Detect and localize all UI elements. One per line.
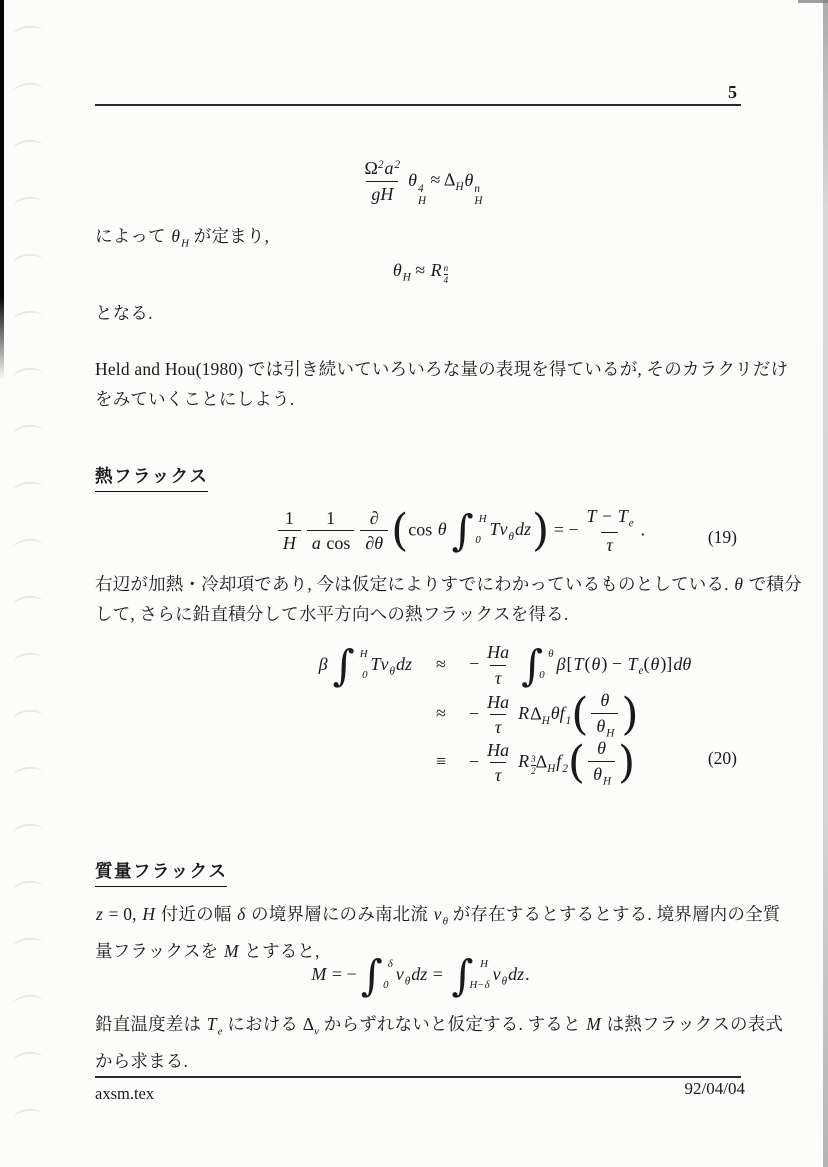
paragraph-held-and-hou: Held and Hou(1980) では引き続いていろいろな量の表現を得ている… xyxy=(95,355,788,414)
paragraph-tonaru: となる. xyxy=(95,299,153,329)
footer-filename: axsm.tex xyxy=(95,1084,154,1104)
equation-20: β∫H0Tvθdz ≈ −Haτ∫θ0β[T(θ) − Te(θ)]dθ ≈ −… xyxy=(95,642,745,786)
equation-20-row-1: β∫H0Tvθdz ≈ −Haτ∫θ0β[T(θ) − Te(θ)]dθ xyxy=(95,642,745,690)
footer-date: 92/04/04 xyxy=(685,1079,745,1099)
footer-rule xyxy=(95,1076,741,1078)
equation-20-row-2: ≈ −HaτRΔHθf1(θθH) xyxy=(95,690,745,738)
section-heading-heat-flux: 熱フラックス xyxy=(95,463,208,492)
eq20-rhs: −HaτRΔHθf1(θθH) xyxy=(469,690,639,740)
equation-mass-flux: M = −∫δ0vθdz = ∫HH−δvθdz. xyxy=(95,956,745,996)
header-rule xyxy=(95,104,741,106)
paragraph-heating-cooling: 右辺が加熱・冷却項であり, 今は仮定によりすでにわかっているものとしている. θ… xyxy=(95,570,802,629)
paragraph-theta-defined: によって θH が定まり, xyxy=(95,222,269,259)
paragraph-vertical-temp: 鉛直温度差は Te における Δv からずれないと仮定する. すると M は熱フ… xyxy=(95,1010,783,1076)
eq20-lhs: β∫H0Tvθdz xyxy=(95,646,413,686)
equation-number-20: (20) xyxy=(708,748,737,769)
eq20-relation: ≈ xyxy=(413,703,469,724)
eq20-rhs: −HaτR32ΔHf2(θθH) xyxy=(469,738,635,788)
eq20-relation: ≈ xyxy=(413,654,469,675)
scan-edge-right xyxy=(823,0,828,1167)
section-heading-mass-flux: 質量フラックス xyxy=(95,858,227,887)
equation-19: 1H1a cos∂∂θ(cos θ∫H0Tvθdz) = −T − Teτ. xyxy=(95,506,785,556)
equation-thetaH-R: θH ≈ Rn4 xyxy=(95,260,745,285)
scan-corner-mark xyxy=(798,0,828,3)
equation-20-row-3: ≡ −HaτR32ΔHf2(θθH) xyxy=(95,738,745,786)
eq20-rhs: −Haτ∫θ0β[T(θ) − Te(θ)]dθ xyxy=(469,642,692,689)
equation-number-19: (19) xyxy=(708,527,737,548)
equation-theta-balance: Ω2a2gHθ4H ≈ ΔHθnH xyxy=(95,158,745,207)
eq20-relation: ≡ xyxy=(413,751,469,772)
page-number: 5 xyxy=(728,82,737,103)
scan-edge-left xyxy=(0,0,4,380)
scanned-document-page: 5 Ω2a2gHθ4H ≈ ΔHθnH によって θH が定まり, θH ≈ R… xyxy=(0,0,828,1167)
